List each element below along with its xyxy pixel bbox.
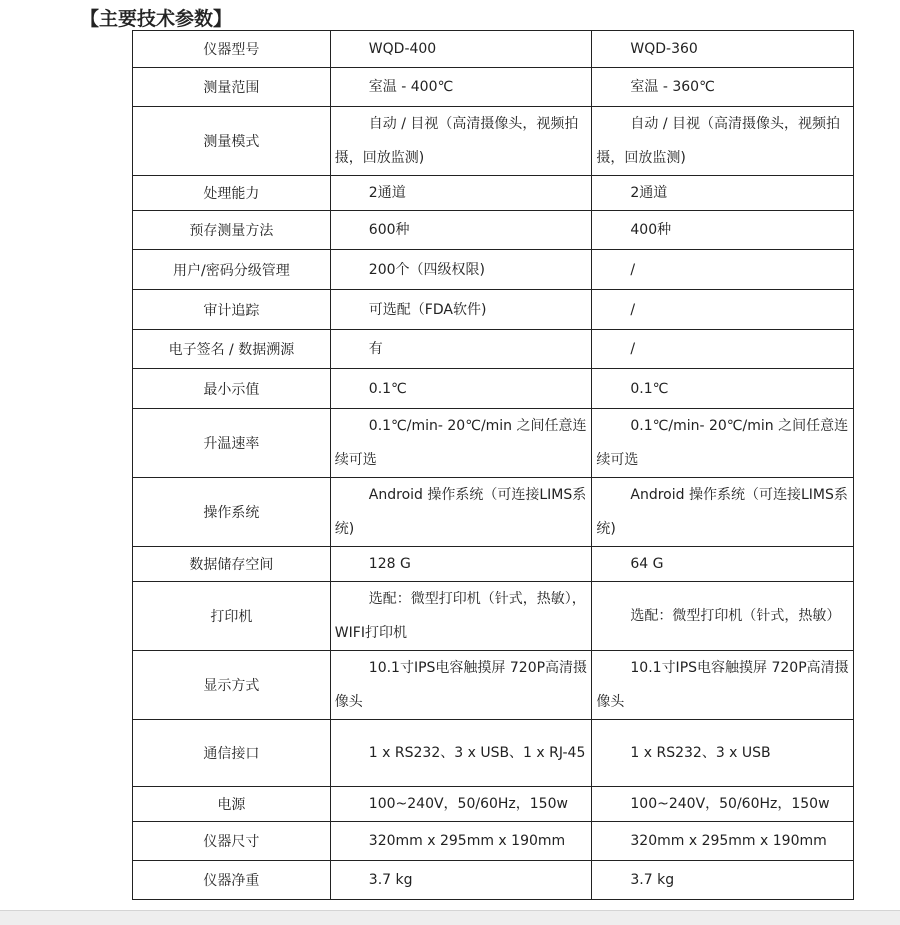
model-b-text: WQD-360	[596, 41, 697, 57]
row-value-a: 0.1℃	[330, 369, 592, 409]
value-text: 0.1℃/min- 20℃/min 之间任意连续可选	[335, 418, 587, 468]
row-value-a: 2通道	[330, 176, 592, 211]
row-label: 仪器尺寸	[133, 822, 331, 861]
row-value-b: 3.7 kg	[592, 861, 854, 900]
row-label: 仪器净重	[133, 861, 331, 900]
row-label: 预存测量方法	[133, 211, 331, 250]
value-text: 2通道	[596, 185, 667, 201]
row-label: 测量模式	[133, 107, 331, 176]
header-model-a: WQD-400	[330, 31, 592, 68]
row-label: 升温速率	[133, 409, 331, 478]
value-text: 0.1℃	[596, 381, 668, 397]
row-label: 数据储存空间	[133, 547, 331, 582]
row-label: 审计追踪	[133, 290, 331, 330]
section-title: 【主要技术参数】	[80, 4, 232, 31]
value-text: 100~240V，50/60Hz，150w	[596, 796, 829, 812]
row-value-b: 0.1℃	[592, 369, 854, 409]
value-text: 128 G	[335, 556, 411, 572]
row-label: 显示方式	[133, 651, 331, 720]
table-row: 处理能力2通道2通道	[133, 176, 854, 211]
value-text: 3.7 kg	[335, 872, 413, 888]
value-text: 400种	[596, 222, 671, 238]
value-text: 10.1寸IPS电容触摸屏 720P高清摄像头	[335, 660, 587, 710]
table-row: 测量模式自动 / 目视（高清摄像头，视频拍摄，回放监测)自动 / 目视（高清摄像…	[133, 107, 854, 176]
value-text: 有	[335, 341, 383, 357]
row-value-a: 室温 - 400℃	[330, 68, 592, 107]
table-row: 预存测量方法600种400种	[133, 211, 854, 250]
row-value-b: 2通道	[592, 176, 854, 211]
table-row: 仪器净重3.7 kg3.7 kg	[133, 861, 854, 900]
row-value-b: 320mm x 295mm x 190mm	[592, 822, 854, 861]
header-label: 仪器型号	[133, 31, 331, 68]
table-row: 显示方式10.1寸IPS电容触摸屏 720P高清摄像头10.1寸IPS电容触摸屏…	[133, 651, 854, 720]
value-text: 室温 - 360℃	[596, 79, 714, 95]
value-text: 64 G	[596, 556, 663, 572]
row-value-a: Android 操作系统（可连接LIMS系统)	[330, 478, 592, 547]
row-value-a: 10.1寸IPS电容触摸屏 720P高清摄像头	[330, 651, 592, 720]
value-text: 0.1℃/min- 20℃/min 之间任意连续可选	[596, 418, 848, 468]
value-text: /	[596, 302, 635, 318]
row-value-a: 可选配（FDA软件)	[330, 290, 592, 330]
value-text: 1 x RS232、3 x USB	[596, 745, 770, 761]
row-value-b: 100~240V，50/60Hz，150w	[592, 787, 854, 822]
row-label: 用户/密码分级管理	[133, 250, 331, 290]
table-row: 数据储存空间128 G64 G	[133, 547, 854, 582]
value-text: 10.1寸IPS电容触摸屏 720P高清摄像头	[596, 660, 848, 710]
row-value-a: 100~240V，50/60Hz，150w	[330, 787, 592, 822]
value-text: 室温 - 400℃	[335, 79, 453, 95]
row-value-a: 320mm x 295mm x 190mm	[330, 822, 592, 861]
table-row: 测量范围室温 - 400℃室温 - 360℃	[133, 68, 854, 107]
value-text: 1 x RS232、3 x USB、1 x RJ-45	[335, 745, 586, 761]
value-text: 100~240V，50/60Hz，150w	[335, 796, 568, 812]
row-label: 操作系统	[133, 478, 331, 547]
table-row: 升温速率0.1℃/min- 20℃/min 之间任意连续可选0.1℃/min- …	[133, 409, 854, 478]
row-value-b: Android 操作系统（可连接LIMS系统)	[592, 478, 854, 547]
value-text: 可选配（FDA软件)	[335, 302, 487, 318]
row-value-b: 10.1寸IPS电容触摸屏 720P高清摄像头	[592, 651, 854, 720]
value-text: 2通道	[335, 185, 406, 201]
row-value-b: /	[592, 250, 854, 290]
row-value-a: 有	[330, 330, 592, 369]
spec-table: 仪器型号 WQD-400 WQD-360 测量范围室温 - 400℃室温 - 3…	[132, 30, 854, 900]
row-value-b: 0.1℃/min- 20℃/min 之间任意连续可选	[592, 409, 854, 478]
value-text: 320mm x 295mm x 190mm	[596, 833, 826, 849]
table-row: 通信接口1 x RS232、3 x USB、1 x RJ-451 x RS232…	[133, 720, 854, 787]
table-row: 操作系统Android 操作系统（可连接LIMS系统)Android 操作系统（…	[133, 478, 854, 547]
row-value-b: 自动 / 目视（高清摄像头，视频拍摄，回放监测)	[592, 107, 854, 176]
row-label: 打印机	[133, 582, 331, 651]
row-value-a: 0.1℃/min- 20℃/min 之间任意连续可选	[330, 409, 592, 478]
row-value-a: 128 G	[330, 547, 592, 582]
row-value-a: 600种	[330, 211, 592, 250]
row-value-b: 400种	[592, 211, 854, 250]
table-header-row: 仪器型号 WQD-400 WQD-360	[133, 31, 854, 68]
value-text: 200个（四级权限)	[335, 262, 485, 278]
value-text: Android 操作系统（可连接LIMS系统)	[335, 487, 586, 537]
value-text: 600种	[335, 222, 410, 238]
value-text: 自动 / 目视（高清摄像头，视频拍摄，回放监测)	[335, 116, 579, 166]
table-row: 审计追踪可选配（FDA软件)/	[133, 290, 854, 330]
value-text: 3.7 kg	[596, 872, 674, 888]
row-value-a: 1 x RS232、3 x USB、1 x RJ-45	[330, 720, 592, 787]
row-value-b: 室温 - 360℃	[592, 68, 854, 107]
footer-bar	[0, 910, 900, 925]
row-label: 处理能力	[133, 176, 331, 211]
row-value-b: /	[592, 330, 854, 369]
row-value-a: 自动 / 目视（高清摄像头，视频拍摄，回放监测)	[330, 107, 592, 176]
row-value-a: 200个（四级权限)	[330, 250, 592, 290]
row-label: 电子签名 / 数据溯源	[133, 330, 331, 369]
row-value-b: 选配：微型打印机（针式，热敏）	[592, 582, 854, 651]
value-text: Android 操作系统（可连接LIMS系统)	[596, 487, 847, 537]
header-model-b: WQD-360	[592, 31, 854, 68]
row-value-a: 3.7 kg	[330, 861, 592, 900]
row-value-b: 1 x RS232、3 x USB	[592, 720, 854, 787]
table-row: 电源100~240V，50/60Hz，150w100~240V，50/60Hz，…	[133, 787, 854, 822]
value-text: 0.1℃	[335, 381, 407, 397]
row-label: 电源	[133, 787, 331, 822]
table-row: 最小示值0.1℃0.1℃	[133, 369, 854, 409]
value-text: 自动 / 目视（高清摄像头，视频拍摄，回放监测)	[596, 116, 840, 166]
row-value-b: /	[592, 290, 854, 330]
table-row: 仪器尺寸320mm x 295mm x 190mm320mm x 295mm x…	[133, 822, 854, 861]
value-text: /	[596, 341, 635, 357]
table-row: 用户/密码分级管理200个（四级权限)/	[133, 250, 854, 290]
row-label: 最小示值	[133, 369, 331, 409]
value-text: 选配：微型打印机（针式，热敏）， WIFI打印机	[335, 591, 586, 641]
model-a-text: WQD-400	[335, 41, 436, 57]
value-text: /	[596, 262, 635, 278]
table-row: 打印机选配：微型打印机（针式，热敏）， WIFI打印机选配：微型打印机（针式，热…	[133, 582, 854, 651]
row-label: 测量范围	[133, 68, 331, 107]
value-text: 320mm x 295mm x 190mm	[335, 833, 565, 849]
table-row: 电子签名 / 数据溯源有/	[133, 330, 854, 369]
row-label: 通信接口	[133, 720, 331, 787]
value-text: 选配：微型打印机（针式，热敏）	[596, 608, 840, 624]
row-value-b: 64 G	[592, 547, 854, 582]
row-value-a: 选配：微型打印机（针式，热敏）， WIFI打印机	[330, 582, 592, 651]
